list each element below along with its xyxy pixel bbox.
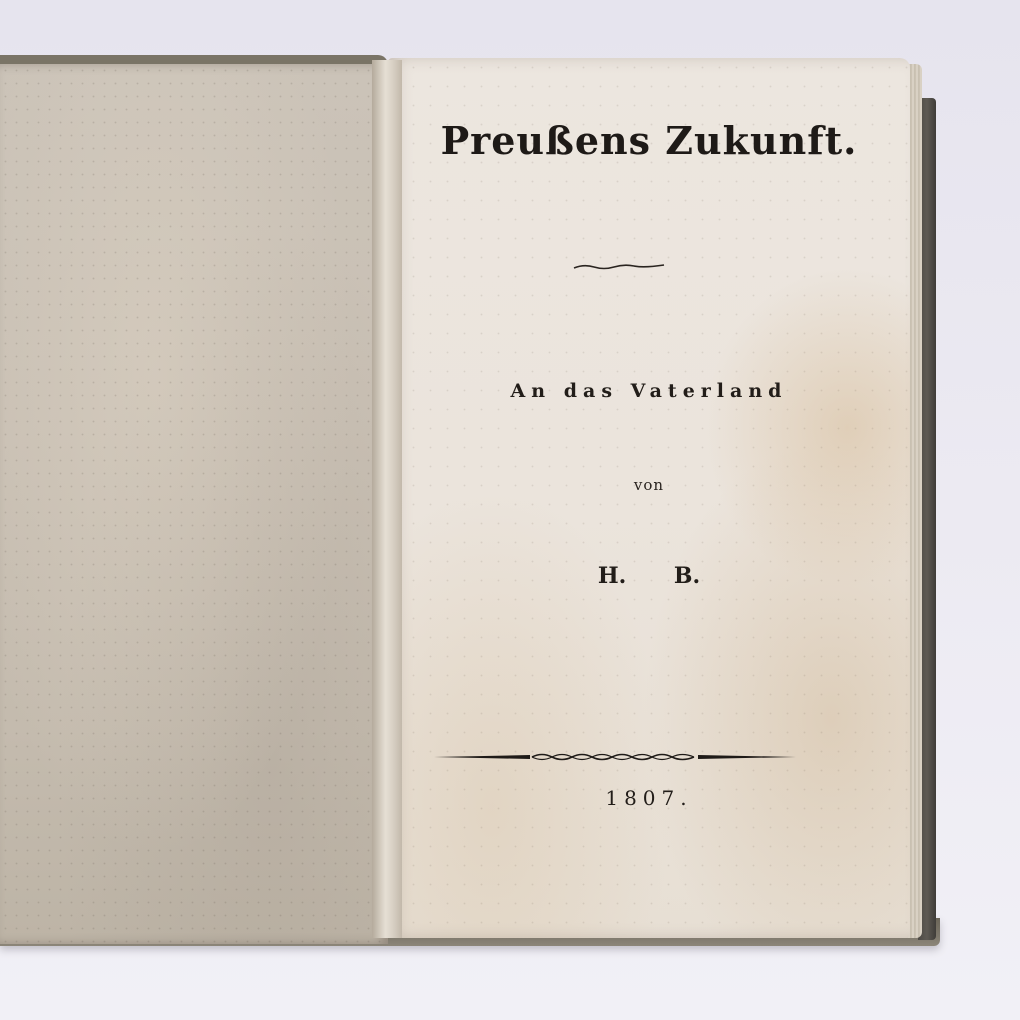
title-page-text: Preußens Zukunft. An das Vaterland von H… [388, 58, 910, 938]
author-initials: H. B. [388, 563, 910, 589]
book-subtitle: An das Vaterland [388, 380, 910, 402]
book-title: Preußens Zukunft. [388, 118, 910, 163]
wavy-rule-ornament [572, 262, 666, 272]
photo-scene: Preußens Zukunft. An das Vaterland von H… [0, 0, 1020, 1020]
front-pastedown [0, 55, 388, 944]
publication-year: 1807. [388, 786, 910, 810]
byline-word: von [388, 476, 910, 494]
decorative-rule-ornament [432, 750, 798, 764]
